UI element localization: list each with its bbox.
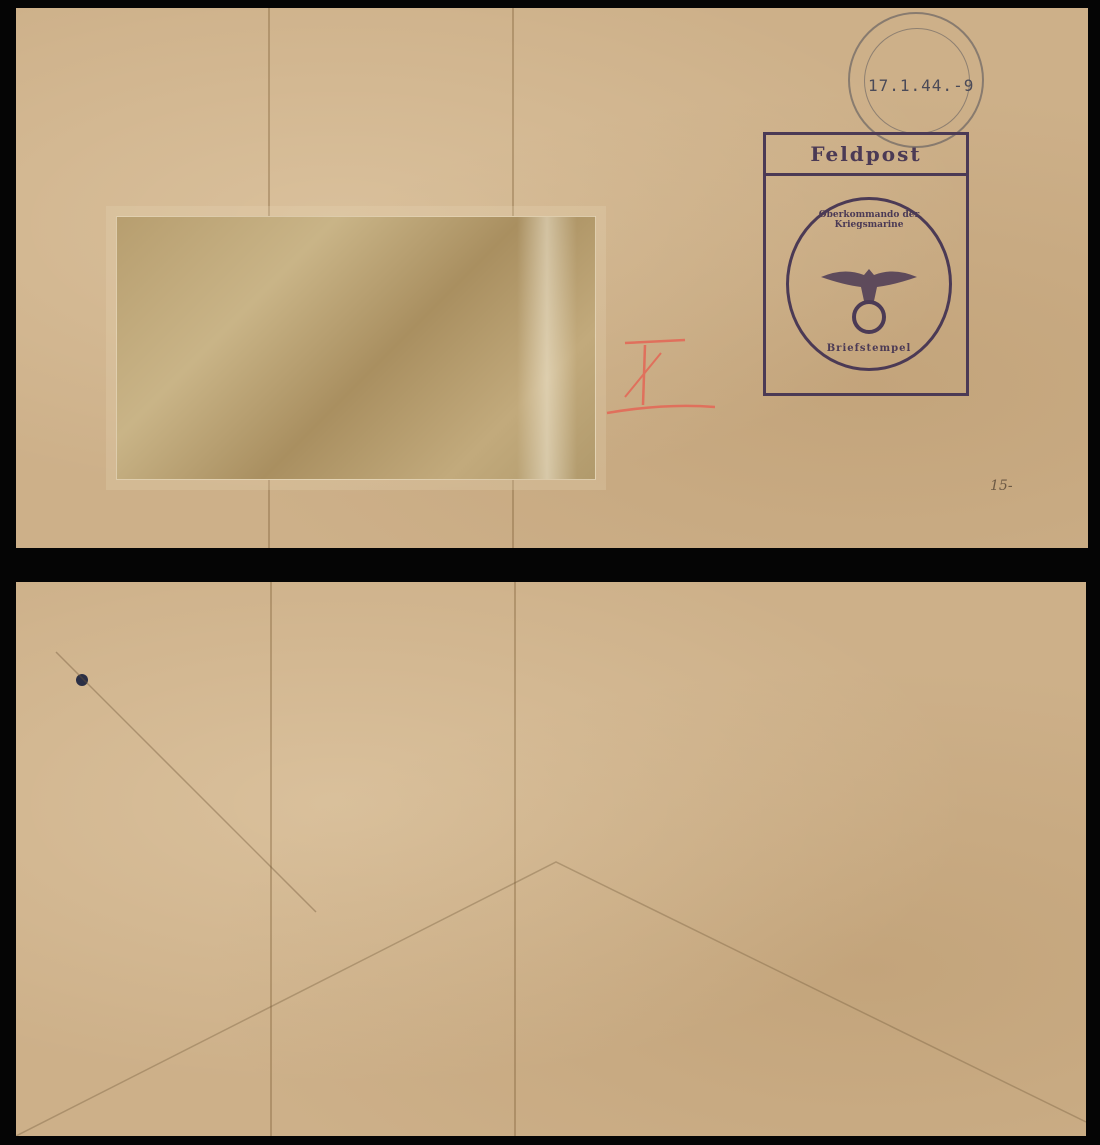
- feldpost-header: Feldpost: [766, 135, 966, 176]
- glassine-address-window: [116, 216, 596, 480]
- seal-text-top: Oberkommando der Kriegsmarine: [789, 210, 949, 230]
- envelope-back: [16, 582, 1086, 1136]
- postmark: 17.1.44.-9: [848, 12, 984, 148]
- feldpost-cachet: Feldpost Oberkommando der Kriegsmarine B…: [763, 132, 969, 396]
- postmark-date: 17.1.44.-9: [868, 76, 974, 95]
- eagle-emblem-icon: [819, 255, 919, 335]
- pencil-note: 15-: [990, 478, 1013, 494]
- envelope-flap-lines: [16, 582, 1086, 1136]
- red-crayon-mark: [605, 335, 715, 415]
- official-seal: Oberkommando der Kriegsmarine Briefstemp…: [786, 197, 952, 371]
- seal-text-bottom: Briefstempel: [789, 343, 949, 354]
